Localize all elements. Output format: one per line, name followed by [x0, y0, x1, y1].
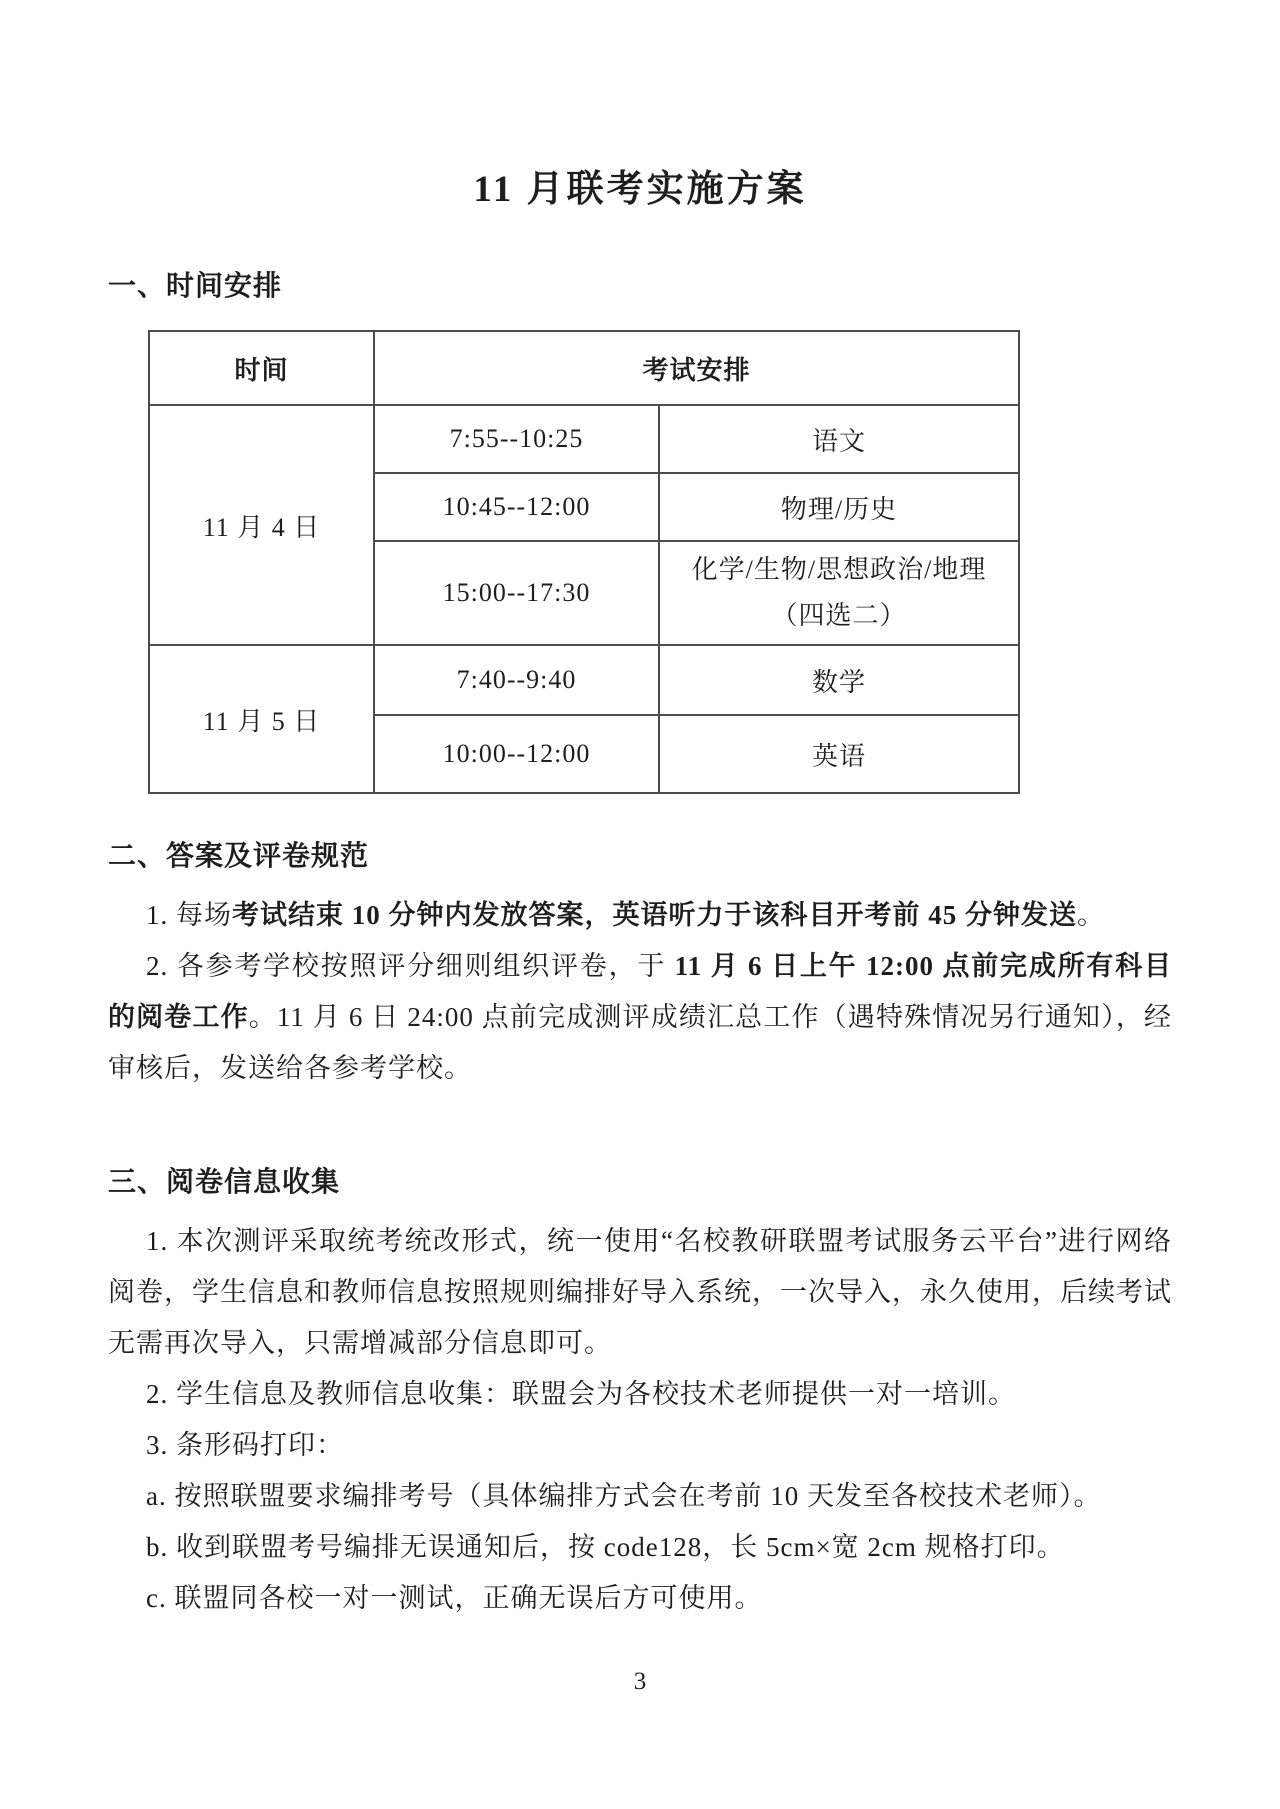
subject-line: 化学/生物/思想政治/地理: [660, 547, 1018, 593]
time-cell: 10:00--12:00: [374, 715, 659, 793]
subject-cell: 化学/生物/思想政治/地理 （四选二）: [659, 541, 1019, 645]
time-cell: 7:55--10:25: [374, 405, 659, 473]
grading-info-paragraph-2: 2. 学生信息及教师信息收集：联盟会为各校技术老师提供一对一培训。: [108, 1369, 1172, 1420]
table-header-time: 时间: [149, 331, 374, 405]
table-row: 11 月 4 日 7:55--10:25 语文: [149, 405, 1019, 473]
text-run: 。: [1077, 900, 1105, 930]
time-cell: 7:40--9:40: [374, 645, 659, 715]
text-run: 2. 各参考学校按照评分细则组织评卷，于: [146, 951, 675, 981]
time-cell: 15:00--17:30: [374, 541, 659, 645]
date-cell: 11 月 4 日: [149, 405, 374, 645]
page-number: 3: [0, 1668, 1280, 1696]
grading-info-paragraph-1: 1. 本次测评采取统考统改形式，统一使用“名校教研联盟考试服务云平台”进行网络阅…: [108, 1216, 1172, 1369]
answer-rule-paragraph-2: 2. 各参考学校按照评分细则组织评卷，于 11 月 6 日上午 12:00 点前…: [108, 941, 1172, 1094]
subject-cell: 数学: [659, 645, 1019, 715]
time-cell: 10:45--12:00: [374, 473, 659, 541]
answer-rule-paragraph-1: 1. 每场考试结束 10 分钟内发放答案，英语听力于该科目开考前 45 分钟发送…: [108, 890, 1172, 941]
barcode-item-a: a. 按照联盟要求编排考号（具体编排方式会在考前 10 天发至各校技术老师）。: [108, 1471, 1172, 1522]
document-page: 11 月联考实施方案 一、时间安排 时间 考试安排 11 月 4 日 7:55-…: [0, 0, 1280, 1809]
text-run: 1. 每场: [146, 900, 232, 930]
section-2-heading: 二、答案及评卷规范: [108, 834, 1172, 874]
grading-info-paragraph-3: 3. 条形码打印：: [108, 1420, 1172, 1471]
barcode-item-c: c. 联盟同各校一对一测试，正确无误后方可使用。: [108, 1573, 1172, 1624]
subject-cell: 语文: [659, 405, 1019, 473]
text-run: 考试结束 10 分钟内发放答案，英语听力于该科目开考前 45 分钟发送: [232, 900, 1077, 930]
schedule-table: 时间 考试安排 11 月 4 日 7:55--10:25 语文 10:45--1…: [148, 330, 1020, 794]
table-row: 11 月 5 日 7:40--9:40 数学: [149, 645, 1019, 715]
page-title: 11 月联考实施方案: [0, 0, 1280, 212]
table-header-row: 时间 考试安排: [149, 331, 1019, 405]
barcode-item-b: b. 收到联盟考号编排无误通知后，按 code128，长 5cm×宽 2cm 规…: [108, 1522, 1172, 1573]
section-3-heading: 三、阅卷信息收集: [108, 1160, 1172, 1200]
date-cell: 11 月 5 日: [149, 645, 374, 793]
subject-cell: 英语: [659, 715, 1019, 793]
section-1-heading: 一、时间安排: [108, 264, 1172, 304]
subject-cell: 物理/历史: [659, 473, 1019, 541]
table-header-exam: 考试安排: [374, 331, 1019, 405]
text-run: 。11 月 6 日 24:00 点前完成测评成绩汇总工作（遇特殊情况另行通知），…: [108, 1002, 1172, 1083]
document-content: 一、时间安排 时间 考试安排 11 月 4 日 7:55--10:25 语文 1…: [0, 264, 1280, 1624]
subject-note: （四选二）: [660, 593, 1018, 639]
